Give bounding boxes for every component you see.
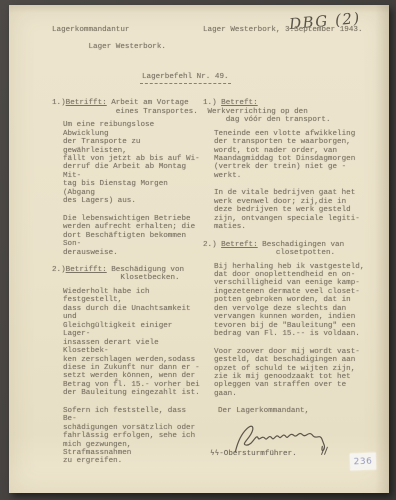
german-column: 1.)Betrifft:Arbeit am Vortage eines Tran… (52, 99, 203, 475)
subject-label: Betreft: (221, 99, 257, 107)
section-heading: 2.)Betreft:Beschadigingen van closetpott… (203, 241, 379, 258)
section-body: Teneinde een vlotte afwikkeling der tran… (203, 130, 379, 232)
document-scan: { "scan": { "handwritten_note": "DBG (2)… (0, 0, 396, 500)
signature-block: Der Lagerkommandant, ϟϟ-Obersturmführer. (203, 407, 379, 458)
section-number: 2.) (52, 266, 66, 274)
paragraph: Sofern ich feststelle, dass Be- schädigu… (63, 407, 203, 466)
handwritten-signature (224, 416, 329, 460)
german-section-1: 1.)Betrifft:Arbeit am Vortage eines Tran… (52, 99, 203, 257)
sender-line1: Lagerkommandantur (52, 26, 129, 34)
section-subject: Arbeit am Vortage eines Transportes. (111, 99, 198, 116)
section-body: Bij herhaling heb ik vastgesteld, dat do… (203, 263, 379, 399)
section-heading: 1.)Betrifft:Arbeit am Vortage eines Tran… (52, 99, 203, 116)
section-number: 1.) (52, 99, 66, 107)
dutch-column: 1.)Betreft:Werkverrichting op den dag vó… (203, 99, 379, 475)
subject-label: Betreft: (221, 241, 257, 249)
section-body: Um eine reibungslose Abwicklung der Tran… (52, 121, 203, 257)
two-column-body: 1.)Betrifft:Arbeit am Vortage eines Tran… (52, 99, 379, 475)
document-title: Lagerbefehl Nr. 49. (140, 73, 231, 84)
archive-number-stamp: 236 (350, 453, 377, 471)
closing-line: Der Lagerkommandant, (218, 407, 379, 415)
paragraph: Die lebenswichtigen Betriebe werden aufr… (63, 215, 203, 257)
paragraph: Um eine reibungslose Abwicklung der Tran… (63, 121, 203, 206)
subject-label: Betrifft: (66, 99, 107, 107)
dutch-section-1: 1.)Betreft:Werkverrichting op den dag vó… (203, 99, 379, 231)
paper-speck (115, 378, 118, 381)
paragraph: Voor zoover door mij wordt vast- gesteld… (214, 348, 379, 399)
sender-line2: Lager Westerbork. (88, 43, 165, 51)
subject-label: Betrifft: (66, 266, 107, 274)
section-subject: Beschädigung von Klosetbecken. (111, 266, 184, 283)
german-section-2: 2.)Betrifft:Beschädigung von Klosetbecke… (52, 266, 203, 466)
sender-address: Lagerkommandantur Lager Westerbork. (52, 26, 203, 60)
dutch-section-2: 2.)Betreft:Beschadigingen van closetpott… (203, 241, 379, 399)
section-number: 2.) (203, 241, 217, 249)
letterhead: Lagerkommandantur Lager Westerbork. Lage… (52, 26, 379, 60)
typewritten-content: Lagerkommandantur Lager Westerbork. Lage… (52, 26, 379, 475)
section-heading: 1.)Betreft:Werkverrichting op den dag vó… (203, 99, 379, 124)
stamp-number: 236 (353, 456, 372, 467)
paper-sheet: DBG (2) Lagerkommandantur Lager Westerbo… (9, 5, 389, 493)
ss-runes-symbol: ϟϟ (210, 449, 219, 457)
paragraph: Teneinde een vlotte afwikkeling der tran… (214, 130, 379, 181)
place-date-line: Lager Westerbork, 3.September 1943. (203, 26, 363, 60)
section-subject: Werkverrichting op den dag vóór den tran… (208, 108, 331, 125)
section-heading: 2.)Betrifft:Beschädigung von Klosetbecke… (52, 266, 203, 283)
paragraph: Bij herhaling heb ik vastgesteld, dat do… (214, 263, 379, 339)
title-row: Lagerbefehl Nr. 49. (140, 73, 379, 84)
section-subject: Beschadigingen van closetpotten. (262, 241, 344, 258)
section-body: Wiederholt habe ich festgestellt, dass d… (52, 288, 203, 466)
section-number: 1.) (203, 99, 217, 107)
paragraph: Wiederholt habe ich festgestellt, dass d… (63, 288, 203, 398)
paragraph: In de vitale bedrijven gaat het werk eve… (214, 189, 379, 231)
